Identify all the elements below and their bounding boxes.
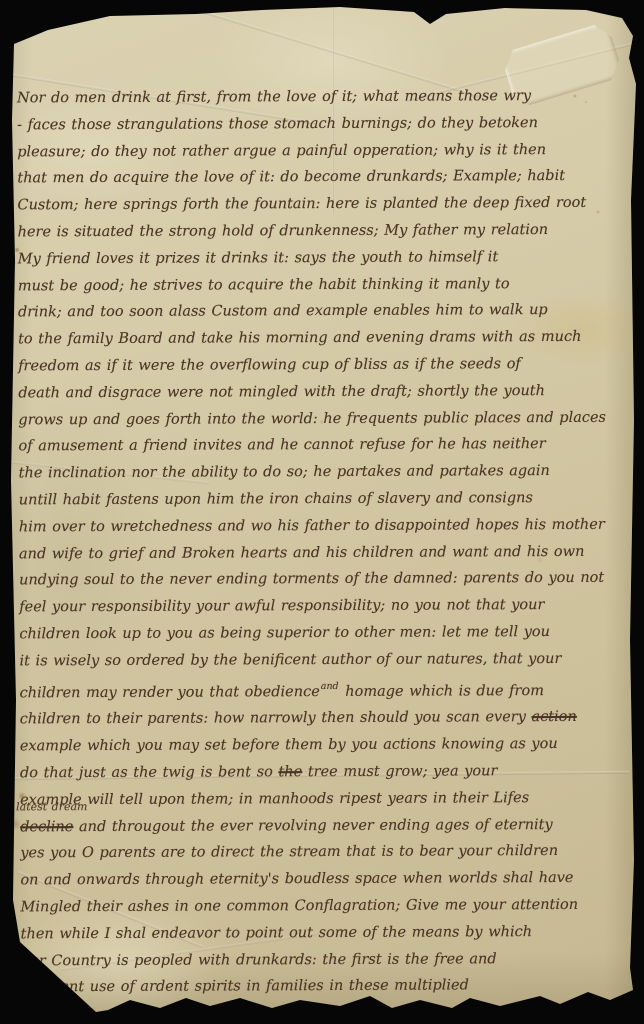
handwritten-text: children may render you that obedience bbox=[20, 684, 320, 701]
manuscript-line: here is situated the strong hold of drun… bbox=[18, 217, 629, 246]
struck-out-word: the bbox=[278, 764, 302, 780]
manuscript-line: freedom as if it were the overflowing cu… bbox=[18, 351, 629, 380]
manuscript-text: Nor do men drink at first, from the love… bbox=[17, 83, 632, 1024]
manuscript-line: drink; and too soon alass Custom and exa… bbox=[18, 297, 629, 326]
manuscript-line: pleasure; do they not rather argue a pai… bbox=[17, 136, 628, 165]
handwritten-text: children look up to you as being superio… bbox=[19, 624, 550, 642]
handwritten-text: here is situated the strong hold of drun… bbox=[18, 222, 549, 240]
manuscript-page: Nor do men drink at first, from the love… bbox=[0, 0, 644, 1024]
manuscript-line: - faces those strangulations those stoma… bbox=[17, 109, 628, 138]
handwritten-text: - faces those strangulations those stoma… bbox=[17, 115, 538, 133]
manuscript-line: on and onwards through eternity's boudle… bbox=[20, 865, 631, 894]
manuscript-line: children look up to you as being superio… bbox=[19, 619, 630, 648]
handwritten-text: undying soul to the never ending torment… bbox=[19, 570, 604, 589]
manuscript-line: My friend loves it prizes it drinks it: … bbox=[18, 243, 629, 272]
handwritten-text: of amusement a friend invites and he can… bbox=[18, 436, 545, 454]
handwritten-text: Custom; here springs forth the fountain:… bbox=[17, 195, 586, 213]
handwritten-text: frequent use of ardent spirits in famili… bbox=[21, 978, 469, 996]
manuscript-line: feel your responsibility your awful resp… bbox=[19, 592, 630, 621]
handwritten-text: My friend loves it prizes it drinks it: … bbox=[18, 249, 499, 267]
handwritten-text: feel your responsibility your awful resp… bbox=[19, 597, 544, 615]
manuscript-line: Custom; here springs forth the fountain:… bbox=[17, 190, 628, 219]
handwritten-text: the inclination nor the ability to do so… bbox=[19, 463, 550, 481]
manuscript-line: frequent use of ardent spirits in famili… bbox=[21, 972, 632, 1001]
handwritten-text: children to their parents: how narrowly … bbox=[20, 709, 532, 727]
struck-out-word: decline bbox=[20, 819, 73, 835]
handwritten-text: drink; and too soon alass Custom and exa… bbox=[18, 302, 548, 320]
handwritten-text: grows up and goes forth into the world: … bbox=[18, 409, 606, 428]
manuscript-line: then while I shal endeavor to point out … bbox=[21, 918, 632, 947]
manuscript-line: of amusement a friend invites and he can… bbox=[18, 431, 629, 460]
manuscript-line: grows up and goes forth into the world: … bbox=[18, 404, 629, 433]
superscript-insertion: and bbox=[321, 680, 339, 691]
manuscript-line: latest dreamdecline and througout the ev… bbox=[20, 811, 631, 840]
handwritten-text: then while I shal endeavor to point out … bbox=[21, 924, 532, 942]
handwritten-text: must be good; he strives to acquire the … bbox=[18, 276, 510, 294]
handwritten-text: do that just as the twig is bent so bbox=[20, 764, 279, 781]
interline-insertion: latest dream bbox=[16, 801, 87, 812]
handwritten-text: tree must grow; yea your bbox=[302, 763, 497, 780]
handwritten-text: to the family Board and take his morning… bbox=[18, 329, 581, 347]
manuscript-line: undying soul to the never ending torment… bbox=[19, 565, 630, 594]
handwritten-text: example which you may set before them by… bbox=[20, 736, 558, 754]
manuscript-line: children to their parents: how narrowly … bbox=[20, 704, 631, 733]
handwritten-text: freedom as if it were the overflowing cu… bbox=[18, 356, 521, 374]
handwritten-text: that men do acquire the love of it: do b… bbox=[17, 168, 565, 186]
handwritten-text: pleasure; do they not rather argue a pai… bbox=[17, 142, 546, 160]
handwritten-text: example will tell upon them; in manhoods… bbox=[20, 790, 529, 808]
manuscript-line: the inclination nor the ability to do so… bbox=[19, 458, 630, 487]
handwritten-text: and wife to grief and Broken hearts and … bbox=[19, 543, 584, 561]
photo-stage: Nor do men drink at first, from the love… bbox=[0, 0, 644, 1024]
manuscript-line: example will tell upon them; in manhoods… bbox=[20, 784, 631, 813]
manuscript-line: must be good; he strives to acquire the … bbox=[18, 270, 629, 299]
manuscript-line: it is wisely so ordered by the benificen… bbox=[19, 645, 630, 674]
handwritten-text: homage which is due from bbox=[340, 683, 544, 700]
manuscript-line: children may render you that obediencean… bbox=[20, 672, 631, 706]
manuscript-line: Nor do men drink at first, from the love… bbox=[17, 83, 628, 112]
manuscript-line: example which you may set before them by… bbox=[20, 731, 631, 760]
handwritten-text: death and disgrace were not mingled with… bbox=[18, 383, 545, 401]
handwritten-text: yes you O parents are to direct the stre… bbox=[20, 843, 558, 861]
manuscript-line: that men do acquire the love of it: do b… bbox=[17, 163, 628, 192]
handwritten-text: and througout the ever revolving never e… bbox=[73, 817, 552, 835]
handwritten-text: untill habit fastens upon him the iron c… bbox=[19, 490, 533, 508]
manuscript-line: to the family Board and take his morning… bbox=[18, 324, 629, 353]
manuscript-line: and wife to grief and Broken hearts and … bbox=[19, 538, 630, 567]
handwritten-text: our Country is peopled with drunkards: t… bbox=[21, 951, 497, 969]
manuscript-line: yes you O parents are to direct the stre… bbox=[20, 838, 631, 867]
handwritten-text: Mingled their ashes in one common Confla… bbox=[21, 897, 579, 915]
manuscript-line: untill habit fastens upon him the iron c… bbox=[19, 485, 630, 514]
handwritten-text: him over to wretchedness and wo his fath… bbox=[19, 517, 605, 536]
handwritten-text: on and onwards through eternity's boudle… bbox=[20, 870, 573, 888]
manuscript-line: our Country is peopled with drunkards: t… bbox=[21, 945, 632, 974]
manuscript-line: do that just as the twig is bent so the … bbox=[20, 758, 631, 787]
manuscript-line: Mingled their ashes in one common Confla… bbox=[20, 892, 631, 921]
struck-out-word: action bbox=[531, 709, 576, 725]
manuscript-line: death and disgrace were not mingled with… bbox=[18, 377, 629, 406]
handwritten-text: Nor do men drink at first, from the love… bbox=[17, 88, 531, 106]
handwritten-text: it is wisely so ordered by the benificen… bbox=[19, 651, 561, 669]
manuscript-line: him over to wretchedness and wo his fath… bbox=[19, 511, 630, 540]
